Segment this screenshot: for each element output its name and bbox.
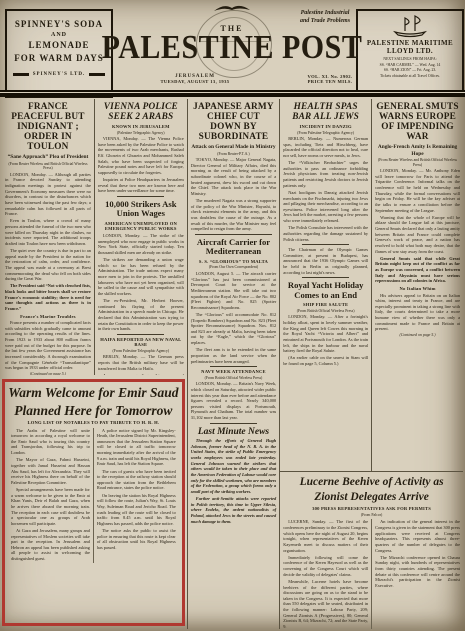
article-paragraph: The “Glorious” will accommodate No. 812 … [191, 312, 276, 346]
article-headline: Royal Yacht Holiday Comes to an End [283, 281, 368, 300]
spinneys-ad-footer: SPINNEY'S LTD. [7, 72, 111, 77]
article-headline: JAPANESE ARMY CHIEF CUT DOWN BY SUBORDIN… [191, 102, 276, 142]
article-paragraph: LONDON, Monday. — The strike of the unem… [98, 233, 184, 256]
bird-emblem-icon [212, 2, 252, 14]
article-quote: The President said “Not with clenched fi… [5, 283, 91, 311]
continued-note: (Continued on page 5.) [375, 333, 460, 337]
article-subhead: AMERICAN UNEMPLOYED ON EMERGENCY PUBLIC … [98, 221, 184, 232]
article-paragraph: Through the efforts of General Hugh John… [191, 438, 276, 494]
article-paragraph: An indication of the general interest in… [375, 519, 460, 553]
article-paragraph: The Arabs of Palestine will unite tomorr… [11, 428, 90, 456]
article-subhead: NAVY WEEK ATTENDANCE [191, 369, 276, 375]
article-quote: General Smuts said that while Great Brit… [375, 256, 460, 284]
article-paragraph: Inquiries at Police Headquarters in Jeru… [98, 177, 184, 194]
article-paragraph: BERLIN, Monday. — The German press repor… [98, 354, 184, 371]
article-paragraph: LONDON, Monday. — After a fortnight's ho… [283, 314, 368, 353]
article-paragraph: Even in Toulon, where a crowd of many pe… [5, 218, 91, 246]
article-paragraph: LONDON, Monday. — Although all parties i… [5, 172, 91, 217]
divider-rule [302, 244, 349, 245]
feature-headline: Planned Here for Tomorrow [8, 403, 179, 419]
masthead-volume: VOL. XI. No. 2902. PRICE TEN MILS. [270, 74, 390, 84]
article-paragraph: France presents a number of complicated … [5, 320, 91, 371]
emir-saud-feature-box: Warm Welcome for Emir Saud Planned Here … [2, 379, 185, 626]
article-paragraph: The Mayor of Gaza, Fahmi Husseini, toget… [11, 457, 90, 485]
article-credit: (From Our Own Correspondent) [191, 265, 276, 270]
article-subhead: “Sane Approach” Plea of President [5, 154, 91, 160]
article-paragraph: On leaving the station his Royal Highnes… [97, 493, 176, 527]
article-subhead: Attack on General Made in Ministry [191, 144, 276, 150]
article-paragraph: (An earlier cable on the unrest in Siam … [283, 355, 368, 366]
column-5: GENERAL SMUTS WARNS EUROPE OF IMPENDING … [371, 99, 463, 471]
article-paragraph: Warning that the whole of Europe will be… [375, 215, 460, 254]
article-paragraph: BERLIN, Monday. — Numerous German spas, … [283, 136, 368, 159]
last-minute-news-headline: Last Minute News [191, 427, 276, 437]
article-headline: GENERAL SMUTS WARNS EUROPE OF IMPENDING … [375, 102, 460, 142]
article-paragraph: The fleet arm is to be extended in the s… [191, 347, 276, 364]
article-paragraph: LONDON, Monday. — Britain's Navy Week, w… [191, 381, 276, 420]
divider-rule [117, 334, 164, 335]
masthead-dateline: JERUSALEM TUESDAY, AUGUST 13, 1935 [120, 74, 270, 84]
article-paragraph: The “Völkischer Beobachter” urges the au… [283, 160, 368, 188]
article-paragraph: Nazi hooligans in Danzig attacked Jewish… [283, 190, 368, 224]
masthead-tagline: Palestine Industrial and Trade Problems [292, 10, 358, 25]
article-paragraph: LONDON, Monday. — Mr. Anthony Eden will … [375, 168, 460, 213]
article-paragraph: His advisers appeal to Britain on an Ita… [375, 293, 460, 332]
article-subhead: France's Marine Troubles [5, 314, 91, 320]
article-paragraph: The ex-President, Mr. Herbert Hoover, co… [98, 298, 184, 332]
article-paragraph: Immediately following will come the conf… [283, 555, 368, 578]
feature-left-column: The Arabs of Palestine will unite tomorr… [8, 428, 93, 564]
divider-rule [195, 234, 272, 235]
newspaper-front-page: SPINNEY'S SODA AND LEMONADE FOR WARM DAY… [0, 0, 465, 631]
masthead-title: PALESTINE POST [88, 31, 376, 65]
article-paragraph: At Gaza and Jerusalem, many groups and r… [11, 528, 90, 562]
article-headline: FRANCE PEACEFUL BUT INDIGNANT ; ORDER IN… [5, 102, 91, 152]
article-subhead: KNOWN IN JERUSALEM [98, 124, 184, 130]
feature-right-column: An indication of the general interest in… [371, 519, 463, 629]
article-headline: VIENNA POLICE SEEK 2 ARABS [98, 102, 184, 122]
article-paragraph: The murdered Nagata was a strong support… [191, 198, 276, 232]
feature-headline: Warm Welcome for Emir Saud [8, 385, 179, 401]
continued-note: (Continued on page 5.) [5, 372, 91, 375]
article-subhead: No Italian Whim [375, 286, 460, 292]
article-paragraph: Further anti-Semitic attacks were report… [191, 496, 276, 524]
divider-rule [210, 366, 257, 367]
article-credit: (From Reuter-P.T.A.) [191, 152, 276, 157]
article-paragraph: Meanwhile, Lucerne hotels have become be… [283, 579, 368, 629]
lucerne-congress-feature: Lucerne Beehive of Activity as Zionist D… [280, 471, 463, 629]
feature-subhead: 300 PRESS REPRESENTATIVES ASK FOR PERMIT… [280, 506, 463, 512]
article-credit: (From Reuter Wireless and British Offici… [375, 158, 460, 167]
article-paragraph: A police notice signed by Mr. Kingsley-H… [97, 428, 176, 467]
article-subhead: S. S. “GLORIOUS” TO MALTA [191, 259, 276, 265]
article-paragraph: LONDON, August 5. — The aircraft carrier… [191, 271, 276, 310]
article-paragraph: The Polish Consulate has intervened with… [283, 225, 368, 242]
article-credit: (From Palestine Telegraphic Agency) [283, 131, 368, 136]
column-1: FRANCE PEACEFUL BUT INDIGNANT ; ORDER IN… [2, 99, 94, 375]
article-paragraph: The quiet over the country is due in par… [5, 248, 91, 282]
feature-credit: (From Palcor) [280, 513, 463, 518]
article-paragraph: The strikers are demanding a union wage … [98, 257, 184, 296]
article-credit: (Palestine Telegraphic Agency) [98, 131, 184, 136]
article-paragraph: The cars of guests who have been invited… [97, 469, 176, 492]
feature-headline: Zionist Delegates Arrive [280, 491, 463, 504]
feature-subhead: LONG LIST OF NOTABLES TO PAY TRIBUTE TO … [8, 420, 179, 426]
feature-right-column: A police notice signed by Mr. Kingsley-H… [93, 428, 179, 564]
article-paragraph: Special arrangements have been made for … [11, 487, 90, 526]
article-subhead: SHIP FIRE SALUTE [283, 302, 368, 308]
article-paragraph: The Chairman of the Olympic Games Commit… [283, 247, 368, 275]
column-2: VIENNA POLICE SEEK 2 ARABS KNOWN IN JERU… [94, 99, 187, 375]
article-paragraph: A rumour regarding this proposed transfe… [98, 373, 184, 375]
article-headline: HEALTH SPAS BAR ALL JEWS [283, 102, 368, 122]
divider-rule [117, 196, 164, 197]
feature-headline: Lucerne Beehive of Activity as [280, 476, 463, 489]
feature-left-column: LUCERNE, Sunday. — The first of the conf… [280, 519, 371, 629]
sailing-ship-icon [387, 14, 433, 38]
article-paragraph: The notice asks the public to assist the… [97, 528, 176, 551]
article-credit: (From Palestine Telegraphic Agency) [98, 349, 184, 354]
article-credit: (From British Official Wireless Press) [191, 376, 276, 381]
divider-rule [210, 423, 257, 424]
article-paragraph: TOKYO, Monday. — Major General Nagata, D… [191, 157, 276, 196]
article-paragraph: The Mizrachi conference opened in Chaura… [375, 555, 460, 589]
article-subhead: HAIFA REPORTED AS NEW NAVAL BASE [98, 337, 184, 348]
article-subhead: INCIDENT IN DANZIG [283, 124, 368, 130]
article-headline: 10,000 Strikers Ask Union Wages [98, 200, 184, 219]
masthead-rule [0, 92, 465, 97]
article-headline: Aircraft Carrier for Mediterranean [191, 238, 276, 257]
front-page-columns: FRANCE PEACEFUL BUT INDIGNANT ; ORDER IN… [2, 99, 463, 629]
column-3: JAPANESE ARMY CHIEF CUT DOWN BY SUBORDIN… [187, 99, 279, 629]
article-paragraph: VIENNA, Monday. — The Vienna Police have… [98, 136, 184, 175]
article-credit: (From British Official Wireless Press) [283, 309, 368, 314]
article-paragraph: LUCERNE, Sunday. — The first of the conf… [283, 519, 368, 553]
column-4: HEALTH SPAS BAR ALL JEWS INCIDENT IN DAN… [280, 99, 371, 471]
article-subhead: Anglo-French Amity Is Remaining Hope [375, 144, 460, 157]
divider-rule [302, 277, 349, 278]
article-credit: (From Reuter Wireless and British Offici… [5, 162, 91, 171]
